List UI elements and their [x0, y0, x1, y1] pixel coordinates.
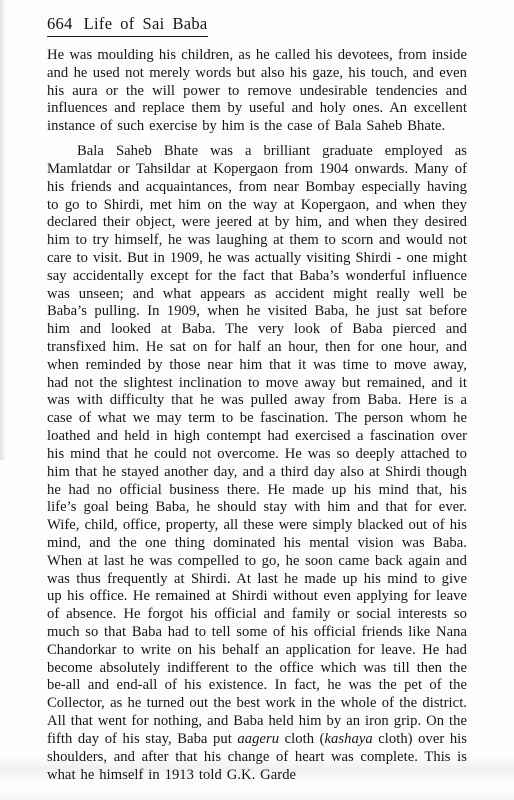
- page-body: He was moulding his children, as he call…: [47, 47, 467, 784]
- book-title: Life of Sai Baba: [84, 14, 208, 33]
- running-header: 664Life of Sai Baba: [47, 14, 208, 37]
- page-content: 664Life of Sai Baba He was moulding his …: [47, 14, 467, 784]
- italic-term: kashaya: [325, 731, 373, 747]
- paragraph: He was moulding his children, as he call…: [47, 47, 467, 136]
- italic-term: aageru: [237, 731, 279, 747]
- text-segment: He was moulding his children, as he call…: [47, 47, 467, 134]
- paragraph: Bala Saheb Bhate was a brilliant graduat…: [47, 143, 467, 784]
- page-number: 664: [47, 14, 73, 33]
- page-header: 664Life of Sai Baba: [47, 14, 467, 37]
- book-page: 664Life of Sai Baba He was moulding his …: [0, 0, 514, 800]
- scan-edge-left: [0, 0, 6, 460]
- text-segment: cloth (: [279, 731, 324, 747]
- scan-edge-bottom-corner: [0, 790, 514, 800]
- text-segment: Bala Saheb Bhate was a brilliant graduat…: [47, 143, 467, 747]
